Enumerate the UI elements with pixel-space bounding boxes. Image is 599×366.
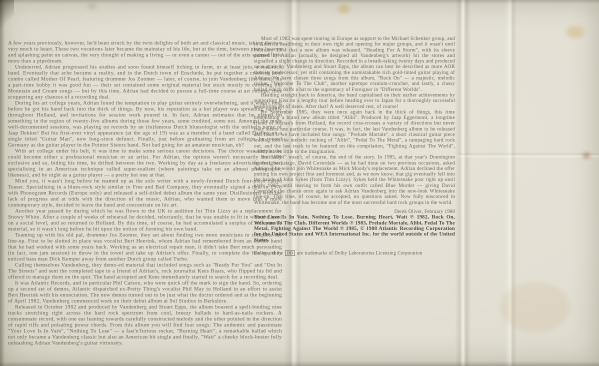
liner-notes-paragraph: But "Alibi" wasn't, of course, the end o… — [254, 155, 455, 206]
booklet-spread: A few years previously, however, he'd be… — [0, 0, 599, 366]
dolby-notice: Dolby and the DD are trademarks of Dolby… — [254, 251, 455, 257]
page-edge — [0, 0, 5, 366]
corner-shadow — [0, 0, 14, 30]
liner-notes-paragraph: Most of 1983 was spent touring in Europe… — [254, 36, 455, 92]
paper-stain — [566, 26, 584, 38]
page-edge — [0, 0, 599, 4]
paper-stain — [338, 5, 350, 13]
credits-block: Your Love Is In Vain, Nothing To Lose, B… — [254, 215, 455, 244]
paper-stain — [583, 153, 590, 158]
liner-notes-paragraph: Teaming up with his old pal, drummer Jos… — [8, 232, 282, 262]
dolby-notice-prefix: Dolby and the — [254, 251, 283, 257]
liner-notes-paragraph: Released in October 1982 and produced by… — [8, 304, 282, 346]
liner-notes-paragraph: Undeterred, Adrian progressed his studie… — [8, 64, 282, 100]
paper-stain — [500, 282, 570, 332]
liner-notes-paragraph: By September 1985, they were once again … — [254, 109, 455, 154]
right-page-text: Most of 1983 was spent touring in Europe… — [254, 36, 456, 296]
liner-notes-paragraph: A few years previously, however, he'd be… — [8, 40, 282, 64]
fold-crease — [455, 0, 471, 366]
liner-notes-paragraph: Mind you, it wasn't long before he teame… — [8, 178, 282, 208]
liner-notes-paragraph: It was Atlantic Records, and in particul… — [8, 280, 282, 304]
liner-notes-paragraph: With art college under his belt, it was … — [8, 148, 282, 178]
horizontal-crease — [458, 152, 599, 158]
liner-notes-paragraph: Calling themselves Vandenberg, they demo… — [8, 262, 282, 280]
paper-stain — [88, 4, 96, 9]
page-edge — [0, 361, 599, 366]
dolby-notice-suffix: are trademarks of Dolby Laboratories Lic… — [297, 251, 422, 257]
liner-notes-paragraph: Heading straight back to America, the ba… — [254, 92, 455, 109]
liner-notes-paragraph: During his art college years, Adrian fou… — [8, 100, 282, 148]
liner-notes-paragraph: Another year passed by during which he w… — [8, 208, 282, 232]
left-page-text: A few years previously, however, he'd be… — [8, 40, 284, 340]
dolby-double-d-icon: DD — [285, 251, 295, 257]
